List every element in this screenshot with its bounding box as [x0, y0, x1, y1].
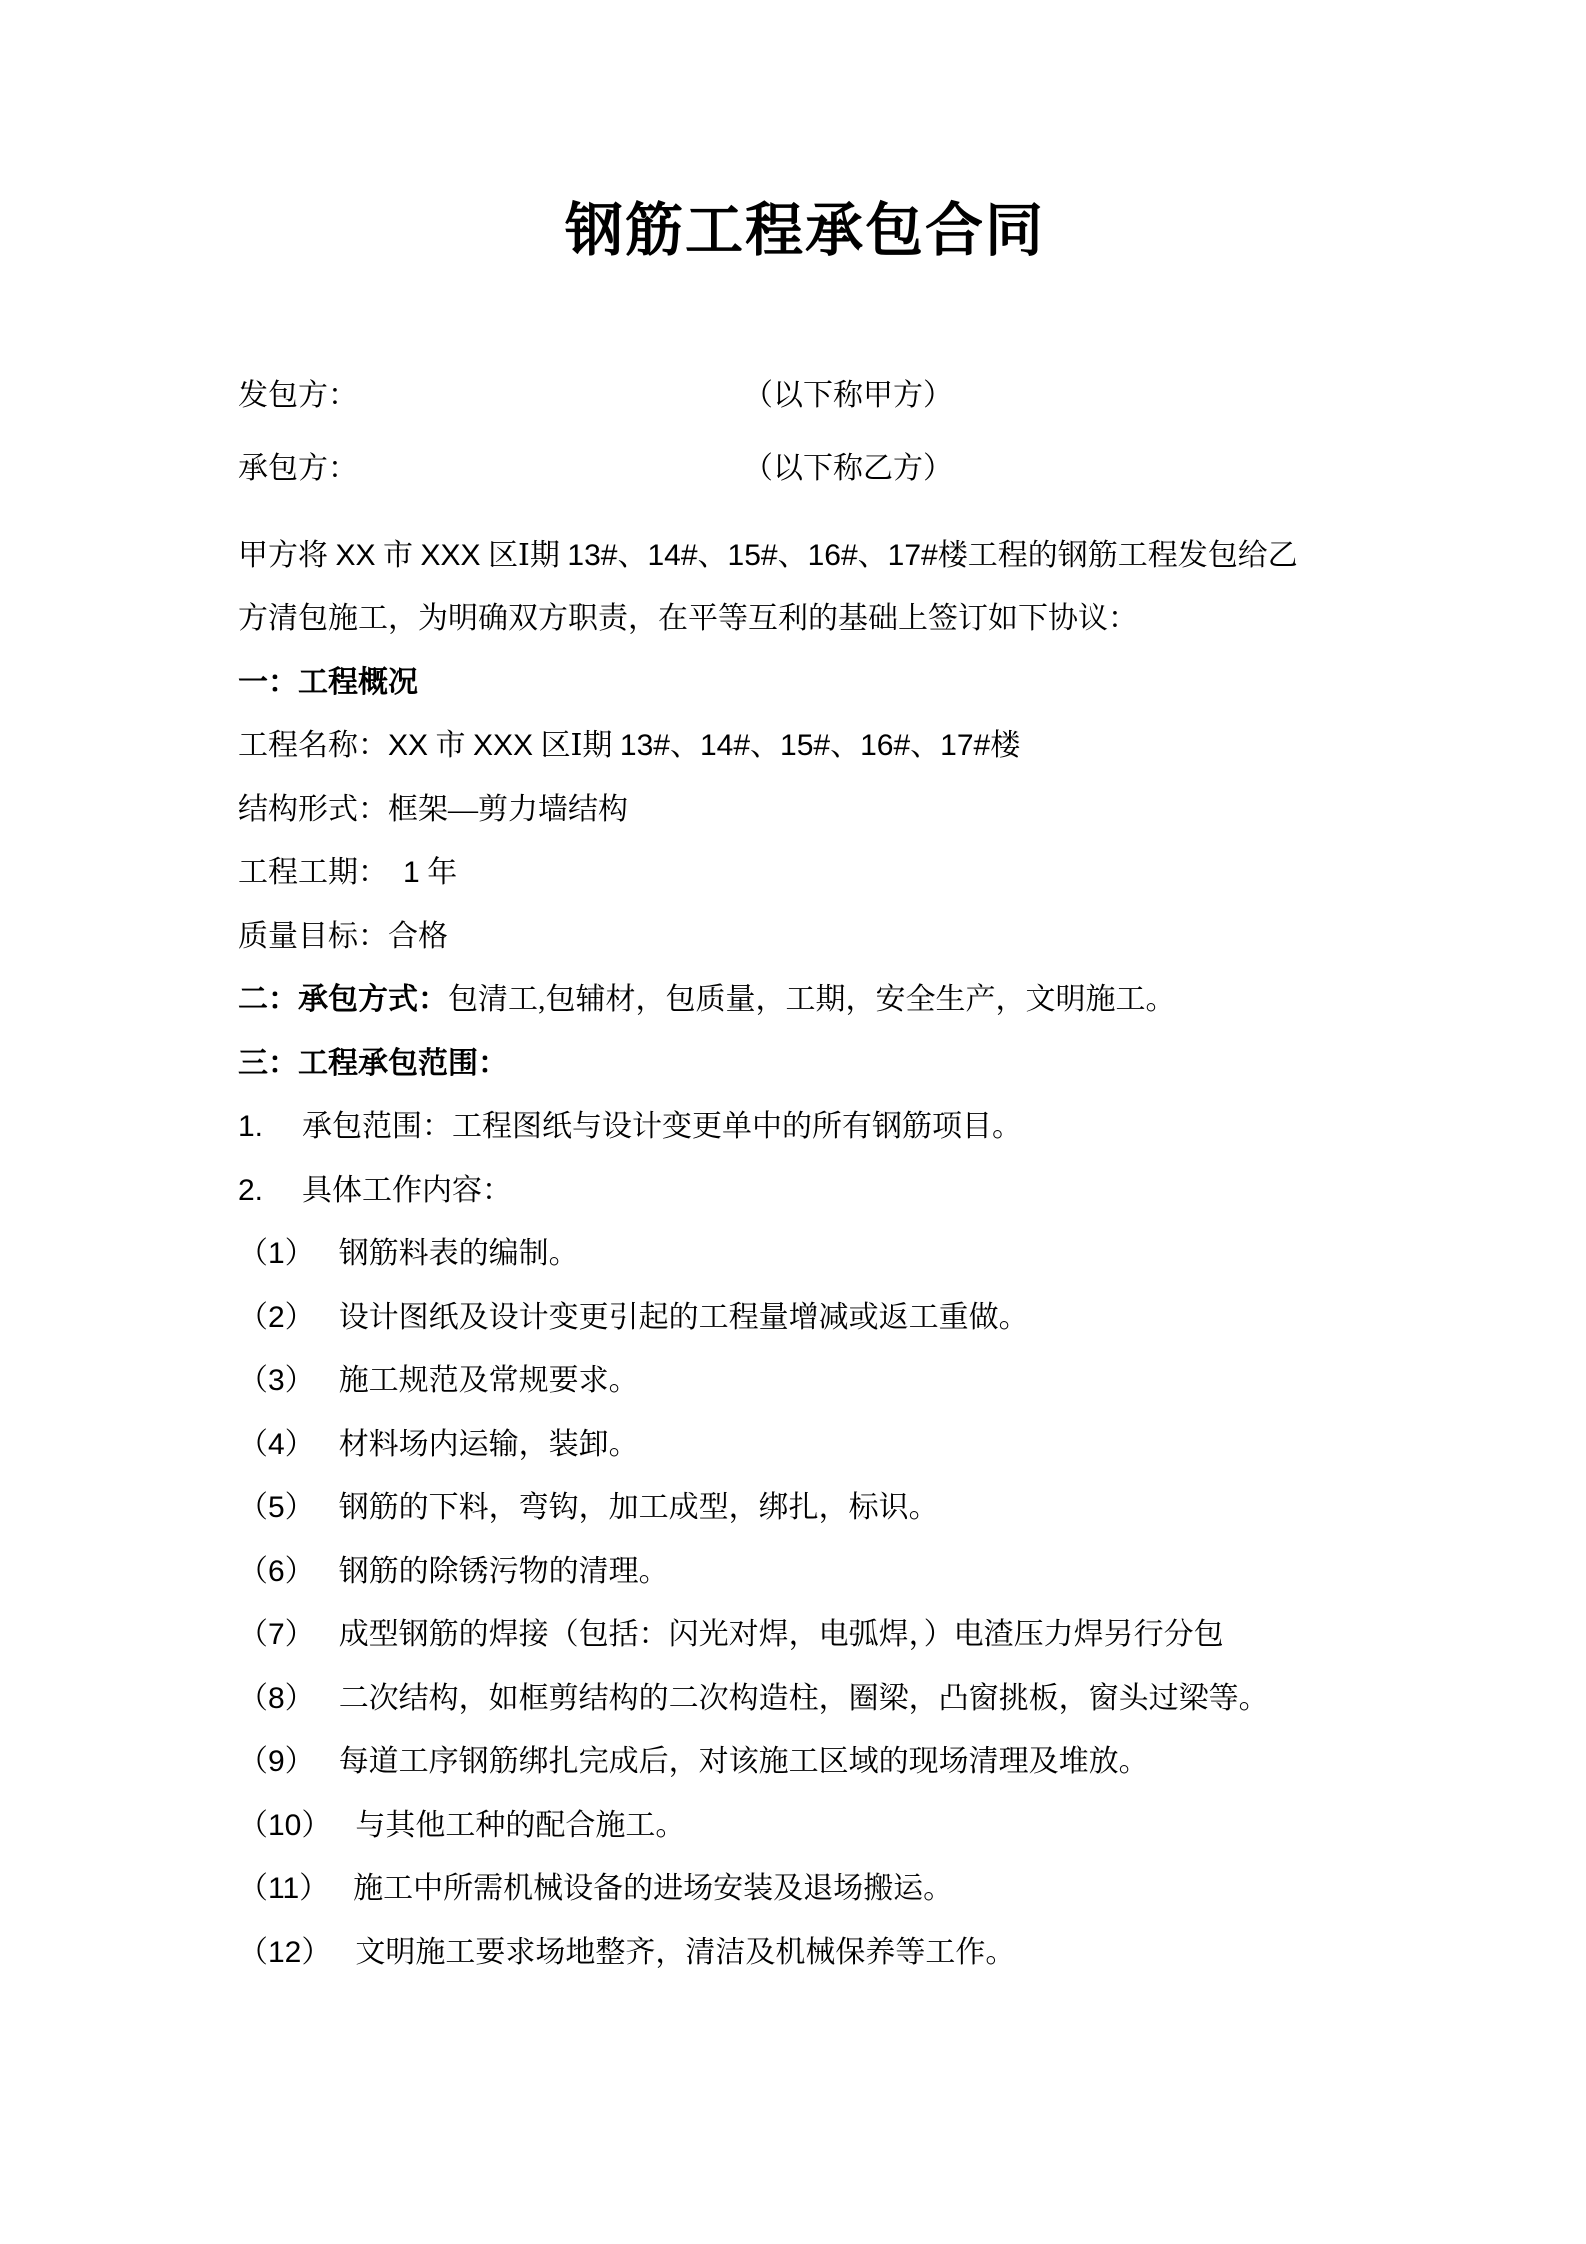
work-item: （9）每道工序钢筋绑扎完成后，对该施工区域的现场清理及堆放。 — [238, 1730, 1436, 1794]
scope-item: 1.承包范围：工程图纸与设计变更单中的所有钢筋项目。 — [238, 1095, 1436, 1159]
contractor-label: 承包方： — [238, 451, 743, 487]
work-item-text: 钢筋的除锈污物的清理。 — [339, 1555, 669, 1588]
contract-document-page: 钢筋工程承包合同 发包方：（以下称甲方） 承包方：（以下称乙方） 甲方将 XX … — [0, 0, 1586, 2244]
work-item: （4）材料场内运输，装卸。 — [238, 1413, 1436, 1477]
employer-alias-note: （以下称甲方） — [743, 379, 953, 412]
work-item-text: 钢筋的下料，弯钩，加工成型，绑扎，标识。 — [339, 1491, 939, 1524]
contractor-alias-note: （以下称乙方） — [743, 452, 953, 485]
scope-item: 2.具体工作内容： — [238, 1159, 1436, 1223]
work-item-text: 二次结构，如框剪结构的二次构造柱，圈梁，凸窗挑板，窗头过梁等。 — [339, 1682, 1269, 1715]
work-item-text: 材料场内运输，装卸。 — [339, 1428, 639, 1461]
scope-item-text: 承包范围：工程图纸与设计变更单中的所有钢筋项目。 — [302, 1110, 1022, 1143]
work-item: （1）钢筋料表的编制。 — [238, 1222, 1436, 1286]
work-item: （6）钢筋的除锈污物的清理。 — [238, 1540, 1436, 1604]
work-item: （2）设计图纸及设计变更引起的工程量增减或返工重做。 — [238, 1286, 1436, 1350]
party-row-contractor: 承包方：（以下称乙方） — [238, 451, 1436, 487]
work-item-number: （2） — [238, 1286, 315, 1350]
work-item-text: 与其他工种的配合施工。 — [355, 1809, 685, 1842]
work-item-text: 施工中所需机械设备的进场安装及退场搬运。 — [353, 1872, 953, 1905]
work-item: （5）钢筋的下料，弯钩，加工成型，绑扎，标识。 — [238, 1476, 1436, 1540]
work-item: （8）二次结构，如框剪结构的二次构造柱，圈梁，凸窗挑板，窗头过梁等。 — [238, 1667, 1436, 1731]
section-2-heading: 二：承包方式：包清工,包辅材，包质量，工期，安全生产，文明施工。 — [238, 968, 1436, 1032]
work-item-number: （3） — [238, 1349, 315, 1413]
scope-item-number: 2. — [238, 1159, 266, 1223]
work-item-text: 成型钢筋的焊接（包括：闪光对焊，电弧焊，）电渣压力焊另行分包 — [339, 1618, 1224, 1651]
scope-item-text: 具体工作内容： — [302, 1174, 512, 1207]
overview-quality-target: 质量目标：合格 — [238, 905, 1436, 969]
employer-label: 发包方： — [238, 378, 743, 414]
work-item-number: （7） — [238, 1603, 315, 1667]
work-item-number: （10） — [238, 1794, 331, 1858]
work-item-number: （4） — [238, 1413, 315, 1477]
work-item-number: （11） — [238, 1857, 329, 1921]
work-item: （12）文明施工要求场地整齐，清洁及机械保养等工作。 — [238, 1921, 1436, 1985]
intro-paragraph-line-1: 甲方将 XX 市 XXX 区Ⅰ期 13#、14#、15#、16#、17#楼工程的… — [238, 524, 1436, 588]
work-item: （3）施工规范及常规要求。 — [238, 1349, 1436, 1413]
overview-project-name: 工程名称：XX 市 XXX 区Ⅰ期 13#、14#、15#、16#、17#楼 — [238, 714, 1436, 778]
work-item-text: 每道工序钢筋绑扎完成后，对该施工区域的现场清理及堆放。 — [339, 1745, 1149, 1778]
section-1-heading: 一：工程概况 — [238, 651, 1436, 715]
work-item: （7）成型钢筋的焊接（包括：闪光对焊，电弧焊，）电渣压力焊另行分包 — [238, 1603, 1436, 1667]
work-item-number: （5） — [238, 1476, 315, 1540]
overview-project-duration: 工程工期： 1 年 — [238, 841, 1436, 905]
work-item-number: （1） — [238, 1222, 315, 1286]
contract-text-block: 甲方将 XX 市 XXX 区Ⅰ期 13#、14#、15#、16#、17#楼工程的… — [238, 524, 1436, 1985]
work-item: （11）施工中所需机械设备的进场安装及退场搬运。 — [238, 1857, 1436, 1921]
work-item-text: 施工规范及常规要求。 — [339, 1364, 639, 1397]
scope-item-number: 1. — [238, 1095, 266, 1159]
overview-structure-type: 结构形式：框架—剪力墙结构 — [238, 778, 1436, 842]
work-item-number: （12） — [238, 1921, 331, 1985]
work-item-number: （6） — [238, 1540, 315, 1604]
work-item-text: 钢筋料表的编制。 — [339, 1237, 579, 1270]
party-row-employer: 发包方：（以下称甲方） — [238, 378, 1436, 414]
intro-paragraph-line-2: 方清包施工，为明确双方职责，在平等互利的基础上签订如下协议： — [238, 587, 1436, 651]
work-item-number: （9） — [238, 1730, 315, 1794]
work-item-text: 文明施工要求场地整齐，清洁及机械保养等工作。 — [355, 1936, 1015, 1969]
work-item-number: （8） — [238, 1667, 315, 1731]
work-item: （10）与其他工种的配合施工。 — [238, 1794, 1436, 1858]
parties-block: 发包方：（以下称甲方） 承包方：（以下称乙方） — [238, 378, 1436, 487]
document-title: 钢筋工程承包合同 — [0, 0, 1586, 266]
work-item-text: 设计图纸及设计变更引起的工程量增减或返工重做。 — [339, 1301, 1029, 1334]
section-3-heading: 三：工程承包范围： — [238, 1032, 1436, 1096]
document-body: 发包方：（以下称甲方） 承包方：（以下称乙方） 甲方将 XX 市 XXX 区Ⅰ期… — [0, 378, 1586, 1985]
